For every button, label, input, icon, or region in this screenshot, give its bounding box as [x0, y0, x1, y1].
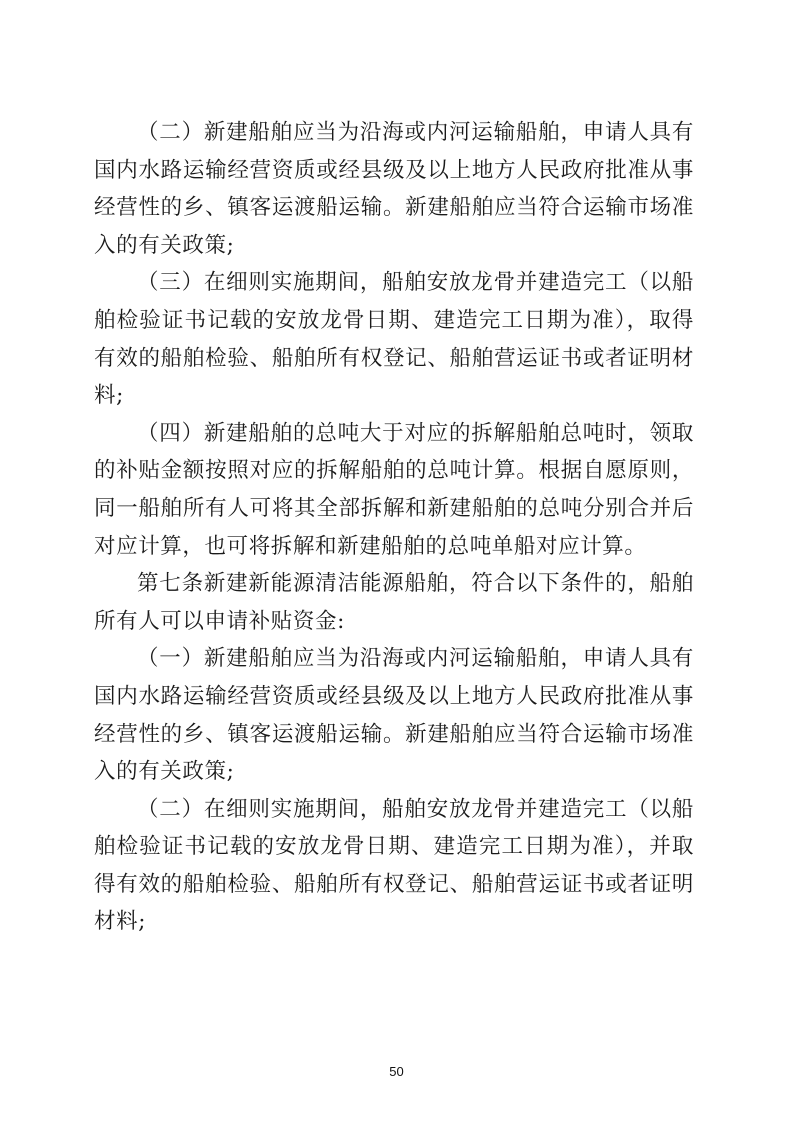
paragraph-item-4: （四）新建船舶的总吨大于对应的拆解船舶总吨时，领取 的补贴金额按照对应的拆解船舶… [94, 415, 694, 565]
text-line: 入的有关政策; [94, 227, 694, 265]
text-line: 对应计算，也可将拆解和新建船舶的总吨单船对应计算。 [94, 528, 694, 566]
text-line: 有效的船舶检验、船舶所有权登记、船舶营运证书或者证明材 [94, 340, 694, 378]
text-line: 国内水路运输经营资质或经县级及以上地方人民政府批准从事 [94, 152, 694, 190]
text-line: （二）在细则实施期间，船舶安放龙骨并建造完工（以船 [94, 791, 694, 829]
text-line: 经营性的乡、镇客运渡船运输。新建船舶应当符合运输市场准 [94, 716, 694, 754]
paragraph-article-7-item-1: （一）新建船舶应当为沿海或内河运输船舶，申请人具有 国内水路运输经营资质或经县级… [94, 640, 694, 790]
paragraph-article-7: 第七条新建新能源清洁能源船舶，符合以下条件的，船舶 所有人可以申请补贴资金: [94, 565, 694, 640]
text-line: （二）新建船舶应当为沿海或内河运输船舶，申请人具有 [94, 114, 694, 152]
text-line: 的补贴金额按照对应的拆解船舶的总吨计算。根据自愿原则， [94, 452, 694, 490]
text-line: 第七条新建新能源清洁能源船舶，符合以下条件的，船舶 [94, 565, 694, 603]
document-body: （二）新建船舶应当为沿海或内河运输船舶，申请人具有 国内水路运输经营资质或经县级… [94, 114, 694, 941]
text-line: 材料; [94, 903, 694, 941]
text-line: 舶检验证书记载的安放龙骨日期、建造完工日期为准），并取 [94, 828, 694, 866]
text-line: 料; [94, 377, 694, 415]
text-line: 国内水路运输经营资质或经县级及以上地方人民政府批准从事 [94, 678, 694, 716]
page-number: 50 [0, 1064, 793, 1079]
text-line: 所有人可以申请补贴资金: [94, 603, 694, 641]
text-line: 得有效的船舶检验、船舶所有权登记、船舶营运证书或者证明 [94, 866, 694, 904]
text-line: 经营性的乡、镇客运渡船运输。新建船舶应当符合运输市场准 [94, 189, 694, 227]
paragraph-article-7-item-2: （二）在细则实施期间，船舶安放龙骨并建造完工（以船 舶检验证书记载的安放龙骨日期… [94, 791, 694, 941]
text-line: （一）新建船舶应当为沿海或内河运输船舶，申请人具有 [94, 640, 694, 678]
paragraph-item-2: （二）新建船舶应当为沿海或内河运输船舶，申请人具有 国内水路运输经营资质或经县级… [94, 114, 694, 264]
text-line: （四）新建船舶的总吨大于对应的拆解船舶总吨时，领取 [94, 415, 694, 453]
text-line: 同一船舶所有人可将其全部拆解和新建船舶的总吨分别合并后 [94, 490, 694, 528]
text-line: 舶检验证书记载的安放龙骨日期、建造完工日期为准），取得 [94, 302, 694, 340]
text-line: 入的有关政策; [94, 753, 694, 791]
text-line: （三）在细则实施期间，船舶安放龙骨并建造完工（以船 [94, 264, 694, 302]
paragraph-item-3: （三）在细则实施期间，船舶安放龙骨并建造完工（以船 舶检验证书记载的安放龙骨日期… [94, 264, 694, 414]
